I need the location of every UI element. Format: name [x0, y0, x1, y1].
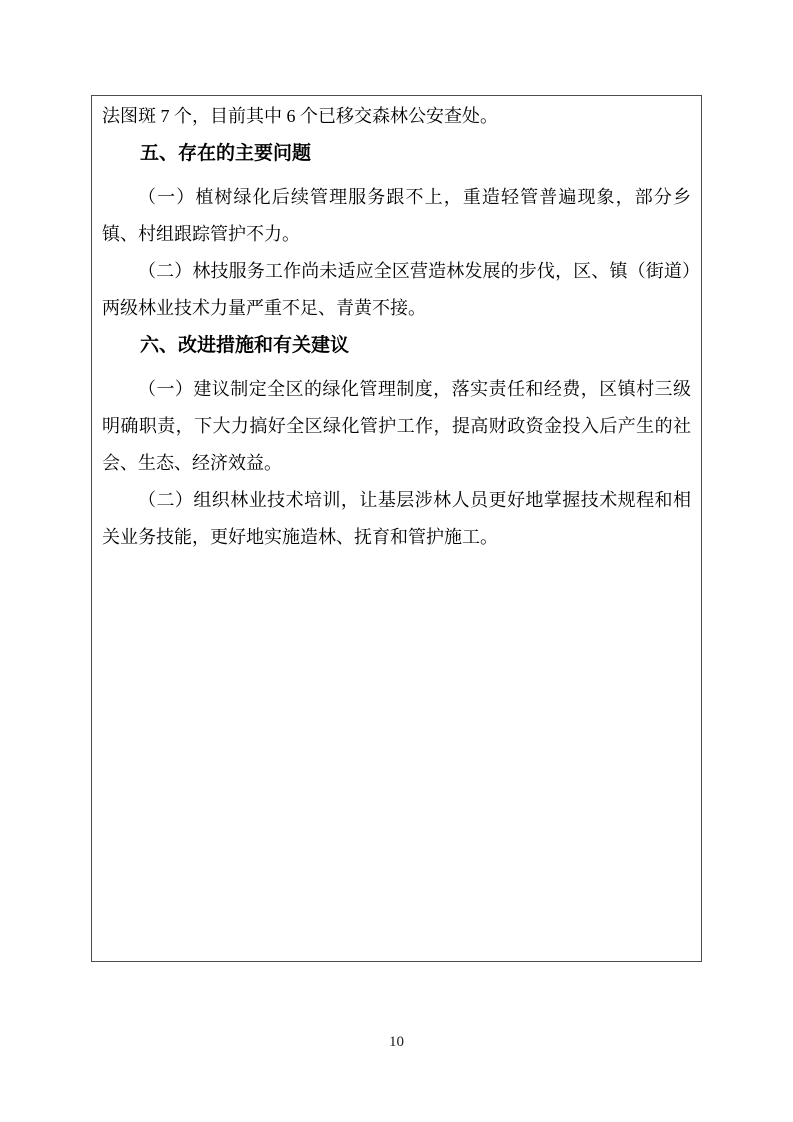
page-number: 10 [0, 1033, 793, 1051]
paragraph: （二）林技服务工作尚未适应全区营造林发展的步伐，区、镇（街道）两级林业技术力量严… [102, 253, 691, 327]
page: 法图斑 7 个，目前其中 6 个已移交森林公安查处。 五、存在的主要问题 （一）… [0, 0, 793, 1122]
paragraph: （一）建议制定全区的绿化管理制度，落实责任和经费，区镇村三级明确职责，下大力搞好… [102, 371, 691, 482]
paragraph: （二）组织林业技术培训，让基层涉林人员更好地掌握技术规程和相关业务技能，更好地实… [102, 482, 691, 556]
paragraph: （一）植树绿化后续管理服务跟不上，重造轻管普遍现象，部分乡镇、村组跟踪管护不力。 [102, 179, 691, 253]
paragraph-continuation: 法图斑 7 个，目前其中 6 个已移交森林公安查处。 [102, 98, 691, 135]
document-box: 法图斑 7 个，目前其中 6 个已移交森林公安查处。 五、存在的主要问题 （一）… [91, 95, 702, 962]
section-heading-5: 五、存在的主要问题 [102, 135, 691, 172]
section-heading-6: 六、改进措施和有关建议 [102, 327, 691, 364]
